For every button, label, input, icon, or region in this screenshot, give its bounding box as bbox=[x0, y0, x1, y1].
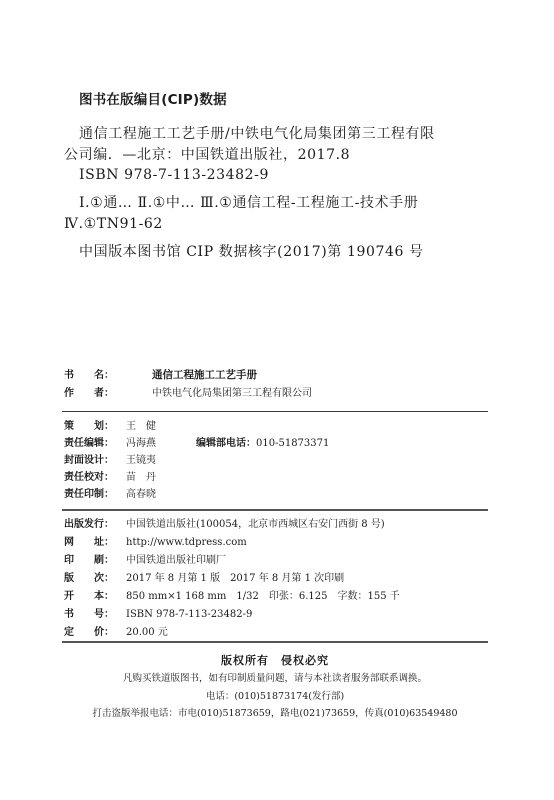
cip-classification-line: Ⅰ.①通… Ⅱ.①中… Ⅲ.①通信工程-工程施工-技术手册 bbox=[79, 195, 418, 211]
publication-value: 850 mm×1 168 mm 1/32 印张：6.125 字数：155 千 bbox=[126, 590, 400, 603]
copyright-notice: 凡购买铁道版图书，如有印制质量问题，请与本社读者服务部联系调换。 bbox=[62, 670, 488, 684]
editorial-phone-label: 编辑部电话： bbox=[196, 437, 256, 450]
publication-value: 20.00 元 bbox=[126, 626, 168, 639]
staff-value: 苗 丹 bbox=[126, 471, 156, 484]
publication-label: 印 刷： bbox=[64, 554, 126, 567]
staff-label: 策 划： bbox=[64, 420, 126, 433]
staff-label: 责任编辑： bbox=[64, 437, 126, 450]
cip-isbn: ISBN 978-7-113-23482-9 bbox=[79, 167, 269, 183]
cip-publisher-line: 公司编．—北京：中国铁道出版社，2017.8 bbox=[64, 147, 350, 163]
staff-row: 封面设计：王镜夷 bbox=[64, 454, 156, 467]
divider-rule bbox=[62, 411, 488, 412]
book-title-label: 书 名： bbox=[64, 369, 152, 382]
staff-row: 责任校对：苗 丹 bbox=[64, 471, 156, 484]
publication-label: 定 价： bbox=[64, 626, 126, 639]
cip-heading: 图书在版编目(CIP)数据 bbox=[79, 88, 227, 108]
book-title-value: 通信工程施工工艺手册 bbox=[152, 369, 257, 382]
staff-value: 王 健 bbox=[126, 420, 156, 433]
publication-value: 中国铁道出版社印刷厂 bbox=[126, 554, 226, 567]
staff-value: 高春晓 bbox=[126, 488, 156, 501]
publication-label: 书 号： bbox=[64, 608, 126, 621]
staff-label: 责任校对： bbox=[64, 471, 126, 484]
book-title-row: 书 名：通信工程施工工艺手册 bbox=[64, 369, 257, 382]
staff-value: 冯海燕 bbox=[126, 437, 156, 450]
editorial-phone-value: 010-51873371 bbox=[256, 437, 329, 450]
publication-row: 书 号：ISBN 978-7-113-23482-9 bbox=[64, 608, 252, 621]
copyright-phone: 电话：(010)51873174(发行部) bbox=[62, 688, 488, 702]
publication-label: 开 本： bbox=[64, 590, 126, 603]
staff-label: 责任印制： bbox=[64, 488, 126, 501]
staff-row: 责任编辑：冯海燕 bbox=[64, 437, 156, 450]
editorial-phone-row: 编辑部电话：010-51873371 bbox=[196, 437, 329, 450]
divider-rule bbox=[62, 509, 488, 511]
publication-label: 出版发行： bbox=[64, 518, 126, 531]
book-author-row: 作 者：中铁电气化局集团第三工程有限公司 bbox=[64, 387, 312, 400]
staff-value: 王镜夷 bbox=[126, 454, 156, 467]
publication-row: 开 本：850 mm×1 168 mm 1/32 印张：6.125 字数：155… bbox=[64, 590, 400, 603]
publication-row: 印 刷：中国铁道出版社印刷厂 bbox=[64, 554, 226, 567]
staff-row: 责任印制：高春晓 bbox=[64, 488, 156, 501]
publication-label: 版 次： bbox=[64, 572, 126, 585]
website-link[interactable]: http://www.tdpress.com bbox=[126, 536, 247, 549]
publication-value: 2017 年 8 月第 1 版 2017 年 8 月第 1 次印刷 bbox=[126, 572, 344, 585]
publication-row: 定 价：20.00 元 bbox=[64, 626, 168, 639]
cip-classification-number: Ⅳ.①TN91-62 bbox=[64, 216, 163, 232]
piracy-report-phone: 打击盗版举报电话：市电(010)51873659，路电(021)73659，传真… bbox=[62, 705, 488, 719]
publication-value: ISBN 978-7-113-23482-9 bbox=[126, 608, 252, 621]
publication-row: 出版发行：中国铁道出版社(100054，北京市西城区右安门西街 8 号) bbox=[64, 518, 385, 531]
book-author-value: 中铁电气化局集团第三工程有限公司 bbox=[152, 387, 312, 400]
publication-label: 网 址： bbox=[64, 536, 126, 549]
cip-data-number: 中国版本图书馆 CIP 数据核字(2017)第 190746 号 bbox=[79, 244, 424, 260]
copyright-title: 版权所有 侵权必究 bbox=[62, 652, 488, 668]
publication-value: 中国铁道出版社(100054，北京市西城区右安门西街 8 号) bbox=[126, 518, 385, 531]
book-author-label: 作 者： bbox=[64, 387, 152, 400]
staff-row: 策 划：王 健 bbox=[64, 420, 156, 433]
cip-title-line: 通信工程施工工艺手册/中铁电气化局集团第三工程有限 bbox=[79, 126, 435, 142]
publication-row: 版 次：2017 年 8 月第 1 版 2017 年 8 月第 1 次印刷 bbox=[64, 572, 344, 585]
staff-label: 封面设计： bbox=[64, 454, 126, 467]
divider-rule bbox=[62, 641, 488, 643]
publication-row: 网 址：http://www.tdpress.com bbox=[64, 536, 247, 549]
